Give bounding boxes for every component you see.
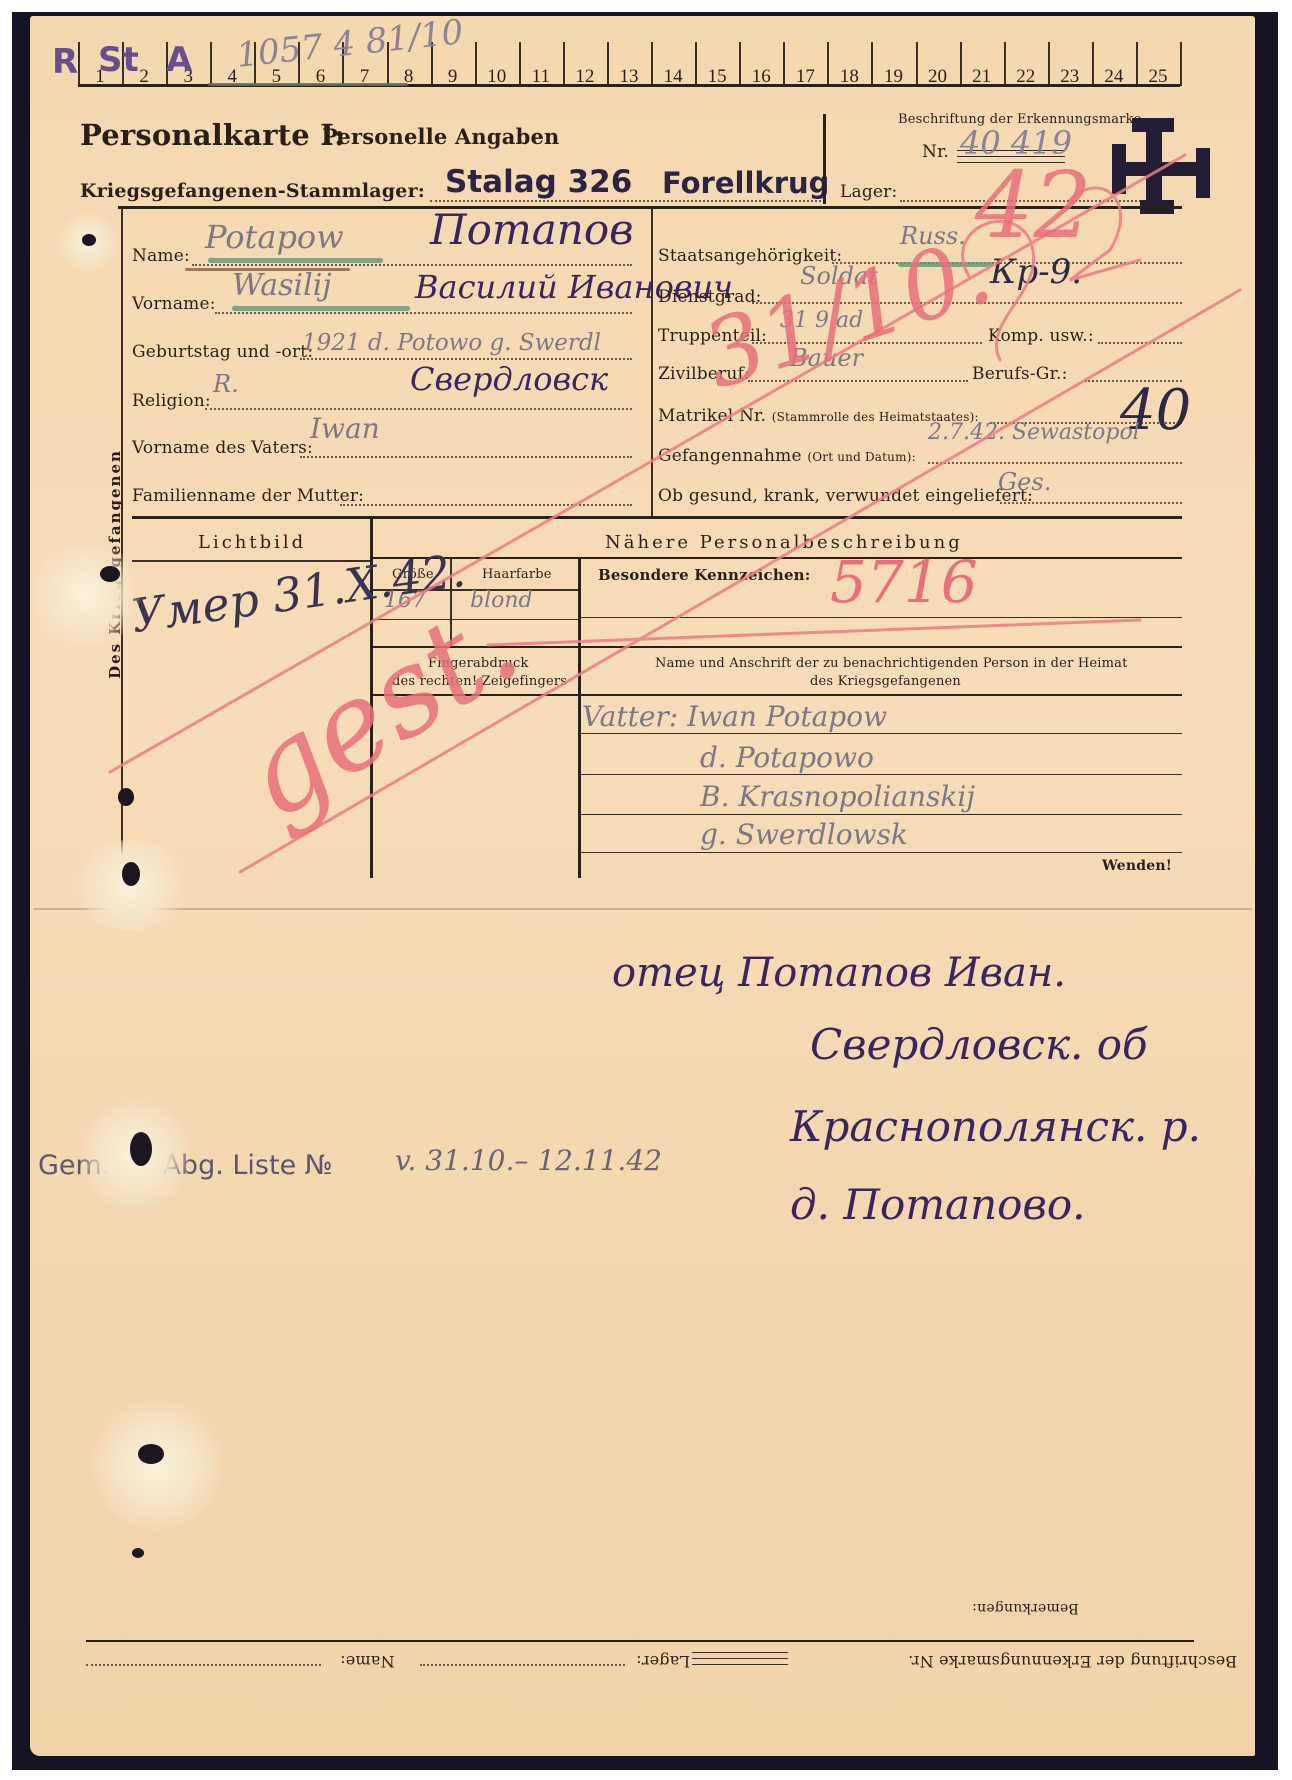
- kennzeichen-value: 5716: [830, 548, 978, 616]
- hole: [82, 234, 96, 246]
- personal-bottom-border: [132, 516, 1182, 519]
- liste-stamp-value: v. 31.10.– 12.11.42: [395, 1144, 662, 1177]
- religion-label: Religion:: [132, 391, 211, 411]
- footer-name-dots: [86, 1664, 321, 1666]
- gesund-value: Ges.: [998, 468, 1051, 496]
- description-divider: [578, 558, 581, 878]
- notify-rule-1: [580, 733, 1182, 734]
- gefangennahme-value: 2.7.42. Sewastopol: [928, 420, 1140, 445]
- vorname-value: Wasilij: [232, 268, 332, 303]
- notify-line-3: B. Krasnopolianskij: [700, 780, 975, 813]
- hole: [132, 1548, 144, 1558]
- komp-label: Komp. usw.:: [988, 326, 1094, 346]
- wenden-label: Wenden!: [1102, 858, 1172, 874]
- komp-dots: [1098, 342, 1182, 344]
- kennzeichen-label: Besondere Kennzeichen:: [598, 566, 811, 584]
- name-label: Name:: [132, 246, 190, 266]
- burn-mark: [30, 540, 140, 650]
- notify-rule-2: [580, 774, 1182, 775]
- footer-lager: Lager:: [636, 1652, 690, 1671]
- hole: [122, 862, 140, 886]
- mutter-dots: [340, 504, 632, 506]
- berufs-label: Berufs-Gr.:: [972, 364, 1068, 384]
- note-line-3: Краснополянск. р.: [790, 1102, 1201, 1151]
- stammlager-place: Forellkrug: [662, 166, 829, 200]
- stammlager-value: Stalag 326: [445, 164, 632, 200]
- card-fold-line: [34, 908, 1252, 910]
- note-line-1: отец Потапов Иван.: [612, 950, 1066, 996]
- gefangennahme-label: Gefangennahme (Ort und Datum):: [658, 446, 916, 466]
- notify-line-2: d. Potapowo: [700, 741, 874, 774]
- footer-beschriftung: Beschriftung der Erkennungsmarke Nr.: [908, 1652, 1237, 1671]
- lichtbild-label: Lichtbild: [198, 532, 306, 553]
- stammlager-dots: [430, 200, 825, 202]
- note-line-2: Свердловск. об: [810, 1020, 1148, 1069]
- red-year-text: 42: [975, 152, 1092, 259]
- hole: [100, 566, 120, 582]
- notify-line-4: g. Swerdlowsk: [700, 818, 908, 851]
- notify-label-2: des Kriegsgefangenen: [810, 674, 961, 689]
- name-value: Potapow: [205, 218, 344, 256]
- name-cyrillic: Потапов: [430, 205, 634, 254]
- vorname-underline-green: [232, 306, 410, 311]
- footer-rule: [86, 1640, 1194, 1642]
- stammlager-label: Kriegsgefangenen-Stammlager:: [80, 180, 425, 202]
- vorname-dots: [215, 312, 632, 314]
- nr-label: Nr.: [922, 142, 949, 162]
- card-subtitle: Personelle Angaben: [322, 124, 560, 149]
- hole: [138, 1444, 164, 1464]
- mutter-label: Familienname der Mutter:: [132, 486, 364, 506]
- religion-value: R.: [213, 370, 239, 398]
- naehere-rule: [372, 557, 1182, 559]
- vater-label: Vorname des Vaters:: [132, 438, 313, 458]
- matrikel-label-text: Matrikel Nr.: [658, 406, 766, 426]
- geburt-cyrillic: Свердловск: [410, 360, 608, 398]
- vorname-label: Vorname:: [132, 294, 216, 314]
- grid-divider: [1180, 42, 1182, 86]
- gefangennahme-dots: [928, 462, 1182, 464]
- bemerkungen-label: Bemerkungen:: [972, 1600, 1079, 1616]
- vater-value: Iwan: [310, 412, 380, 445]
- gesund-label: Ob gesund, krank, verwundet eingeliefert…: [658, 486, 1033, 506]
- stamp-a: A: [166, 40, 192, 80]
- hole: [118, 788, 134, 806]
- stamp-st: St: [98, 40, 139, 80]
- notify-rule-4: [580, 852, 1182, 853]
- gefangennahme-note: (Ort und Datum):: [807, 450, 915, 464]
- gesund-dots: [1000, 502, 1182, 504]
- gefangennahme-label-text: Gefangennahme: [658, 446, 802, 466]
- geburt-label: Geburtstag und -ort:: [132, 342, 313, 362]
- burn-mark: [92, 1400, 222, 1530]
- note-line-4: д. Потапово.: [790, 1180, 1086, 1229]
- notify-line-1: Vatter: Iwan Potapow: [582, 700, 887, 733]
- geburt-value: 1921 d. Potowo g. Swerdl: [302, 330, 601, 356]
- card-title: Personalkarte I:: [80, 118, 345, 152]
- notify-label-1: Name und Anschrift der zu benachrichtige…: [655, 656, 1128, 671]
- religion-dots: [205, 408, 632, 410]
- footer-nr-rule-1: [692, 1652, 788, 1653]
- name-dots: [192, 264, 632, 266]
- name-underline-green: [208, 258, 383, 263]
- haarfarbe-label: Haarfarbe: [482, 567, 552, 582]
- notify-rule-3: [580, 814, 1182, 815]
- hole: [130, 1132, 152, 1166]
- vater-dots: [300, 456, 632, 458]
- lager-label: Lager:: [840, 182, 897, 202]
- header-divider: [823, 114, 826, 204]
- kennzeichen-rule: [580, 617, 1182, 618]
- footer-nr-rule-3: [692, 1664, 788, 1665]
- footer-name: Name:: [340, 1652, 395, 1671]
- grid-underline: [208, 83, 408, 86]
- footer-lager-dots: [420, 1664, 625, 1666]
- stamp-r: R: [52, 42, 78, 82]
- personal-divider: [651, 208, 653, 518]
- footer-nr-rule-2: [692, 1658, 788, 1659]
